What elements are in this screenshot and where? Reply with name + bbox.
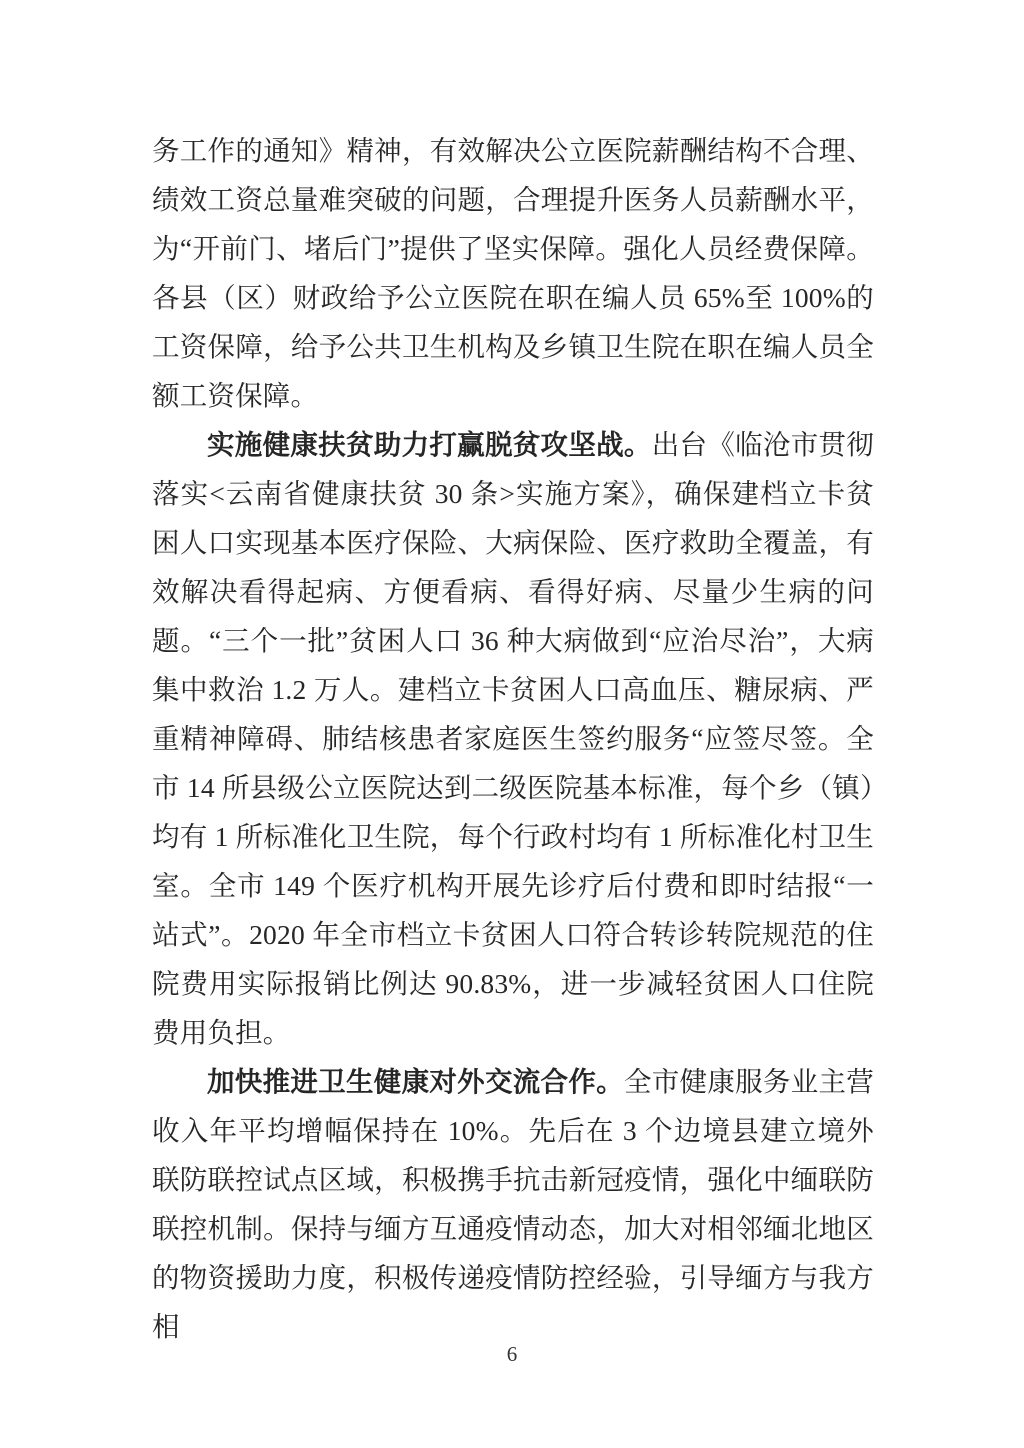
- page-number: 6: [0, 1340, 1024, 1368]
- page-body: 务工作的通知》精神，有效解决公立医院薪酬结构不合理、绩效工资总量难突破的问题，合…: [152, 126, 874, 1351]
- paragraph-lead-bold: 加快推进卫生健康对外交流合作。: [207, 1066, 624, 1097]
- paragraph-text: 务工作的通知》精神，有效解决公立医院薪酬结构不合理、绩效工资总量难突破的问题，合…: [152, 135, 874, 411]
- paragraph-continuation: 务工作的通知》精神，有效解决公立医院薪酬结构不合理、绩效工资总量难突破的问题，合…: [152, 126, 874, 420]
- paragraph-text: 全市健康服务业主营收入年平均增幅保持在 10%。先后在 3 个边境县建立境外联防…: [152, 1066, 874, 1342]
- paragraph-health-poverty: 实施健康扶贫助力打赢脱贫攻坚战。出台《临沧市贯彻落实<云南省健康扶贫 30 条>…: [152, 420, 874, 1057]
- paragraph-text: 出台《临沧市贯彻落实<云南省健康扶贫 30 条>实施方案》，确保建档立卡贫困人口…: [152, 429, 874, 1048]
- document-page: 务工作的通知》精神，有效解决公立医院薪酬结构不合理、绩效工资总量难突破的问题，合…: [0, 0, 1024, 1448]
- paragraph-foreign-exchange: 加快推进卫生健康对外交流合作。全市健康服务业主营收入年平均增幅保持在 10%。先…: [152, 1057, 874, 1351]
- paragraph-lead-bold: 实施健康扶贫助力打赢脱贫攻坚战。: [207, 429, 652, 460]
